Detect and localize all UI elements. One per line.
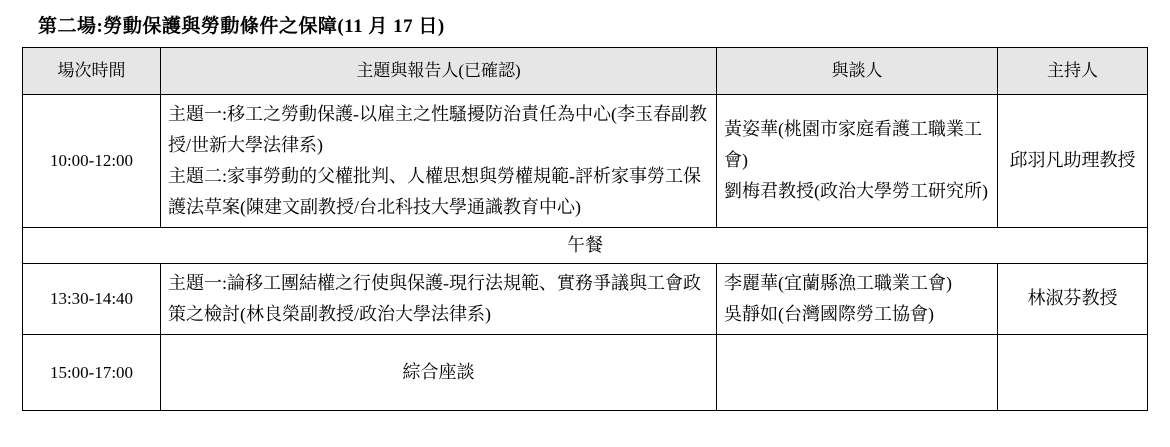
session-1-time: 10:00-12:00 [23, 95, 161, 228]
session-1-topics: 主題一:移工之勞動保護-以雇主之性騷擾防治責任為中心(李玉春副教授/世新大學法律… [161, 95, 717, 228]
discussant-line: 吳靜如(台灣國際勞工協會) [724, 299, 990, 330]
session-3-topics: 綜合座談 [161, 334, 717, 410]
session-2-topics: 主題一:論移工團結權之行使與保護-現行法規範、實務爭議與工會政策之檢討(林良榮副… [161, 263, 717, 334]
col-header-moderator: 主持人 [998, 48, 1148, 95]
table-row-lunch-break: 午餐 [23, 227, 1148, 263]
discussant-line: 黃姿華(桃園市家庭看護工職業工會) [724, 114, 990, 176]
session-3-moderator [998, 334, 1148, 410]
col-header-time: 場次時間 [23, 48, 161, 95]
session-1-discussants: 黃姿華(桃園市家庭看護工職業工會) 劉梅君教授(政治大學勞工研究所) [717, 95, 998, 228]
lunch-break-label: 午餐 [23, 227, 1148, 263]
topic-line: 主題二:家事勞動的父權批判、人權思想與勞權規範-評析家事勞工保護法草案(陳建文副… [168, 161, 709, 223]
session-2-discussants: 李麗華(宜蘭縣漁工職業工會) 吳靜如(台灣國際勞工協會) [717, 263, 998, 334]
table-row-session-3: 15:00-17:00 綜合座談 [23, 334, 1148, 410]
schedule-table: 場次時間 主題與報告人(已確認) 與談人 主持人 10:00-12:00 主題一… [22, 47, 1148, 411]
session-2-time: 13:30-14:40 [23, 263, 161, 334]
session-2-moderator: 林淑芬教授 [998, 263, 1148, 334]
document-page: 第二場:勞動保護與勞動條件之保障(11 月 17 日) 場次時間 主題與報告人(… [0, 0, 1170, 411]
table-row-session-2: 13:30-14:40 主題一:論移工團結權之行使與保護-現行法規範、實務爭議與… [23, 263, 1148, 334]
table-row-session-1: 10:00-12:00 主題一:移工之勞動保護-以雇主之性騷擾防治責任為中心(李… [23, 95, 1148, 228]
session-3-discussants [717, 334, 998, 410]
page-title: 第二場:勞動保護與勞動條件之保障(11 月 17 日) [38, 11, 1170, 38]
col-header-topic: 主題與報告人(已確認) [161, 48, 717, 95]
discussant-line: 劉梅君教授(政治大學勞工研究所) [724, 176, 990, 207]
session-1-moderator: 邱羽凡助理教授 [998, 95, 1148, 228]
topic-line: 主題一:論移工團結權之行使與保護-現行法規範、實務爭議與工會政策之檢討(林良榮副… [168, 268, 709, 330]
col-header-discussant: 與談人 [717, 48, 998, 95]
header-row: 場次時間 主題與報告人(已確認) 與談人 主持人 [23, 48, 1148, 95]
session-3-time: 15:00-17:00 [23, 334, 161, 410]
topic-line: 主題一:移工之勞動保護-以雇主之性騷擾防治責任為中心(李玉春副教授/世新大學法律… [168, 99, 709, 161]
discussant-line: 李麗華(宜蘭縣漁工職業工會) [724, 268, 990, 299]
